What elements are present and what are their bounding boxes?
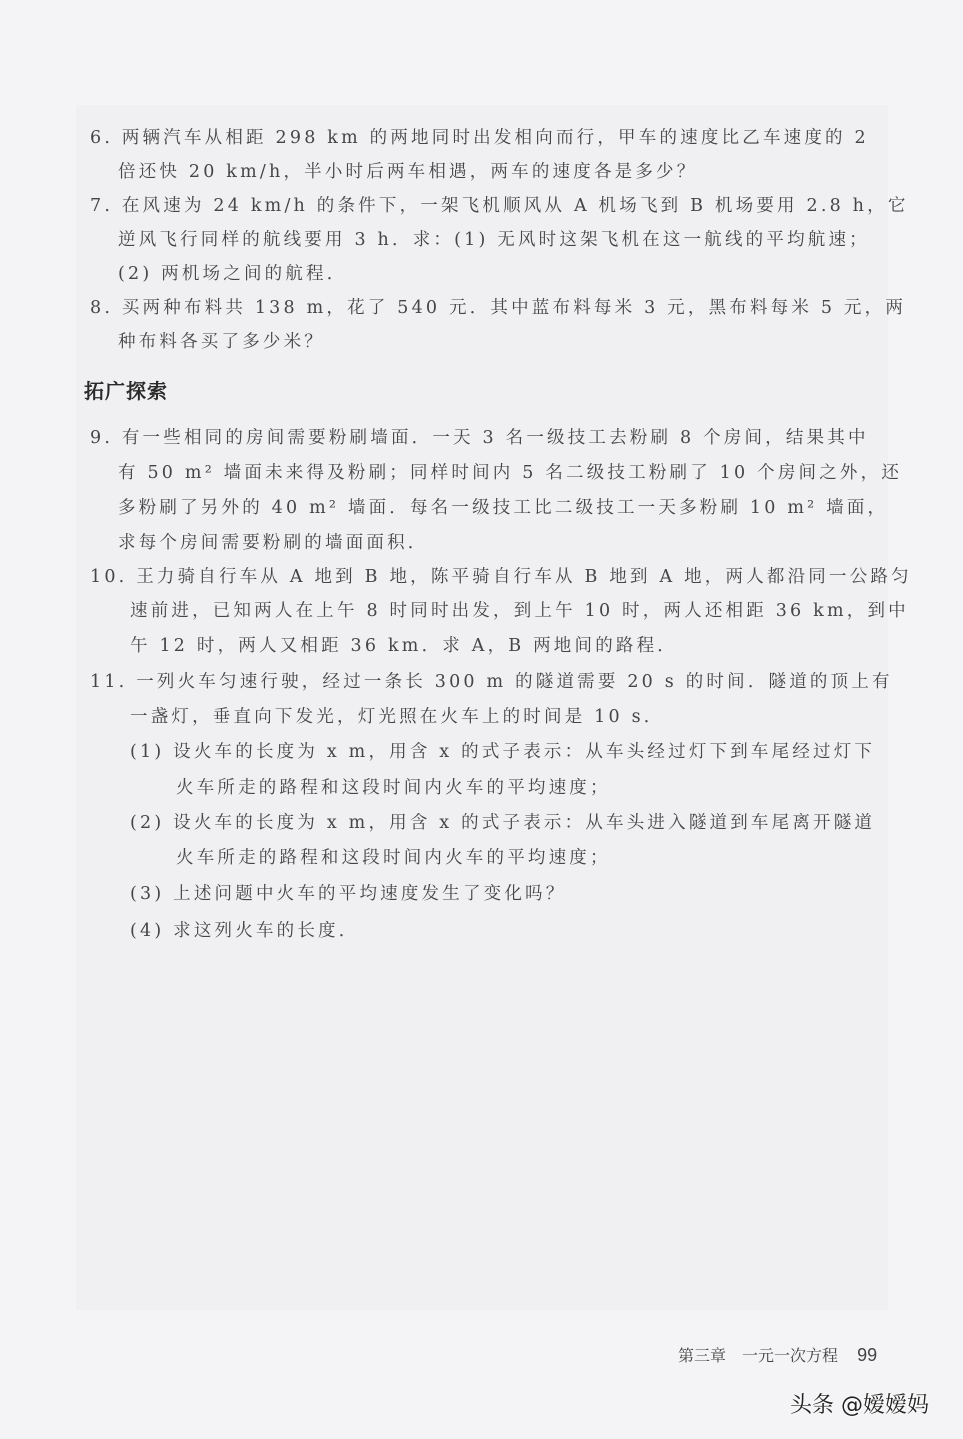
problem-7-line-3: (2) 两机场之间的航程． — [118, 260, 347, 285]
page-number: 99 — [857, 1345, 877, 1365]
page-footer: 第三章 一元一次方程 99 — [678, 1343, 877, 1366]
problem-6-line-1: 6. 两辆汽车从相距 298 km 的两地同时出发相向而行，甲车的速度比乙车速度… — [90, 124, 869, 149]
section-heading: 拓广探索 — [84, 375, 168, 404]
problem-10-line-1: 10. 王力骑自行车从 A 地到 B 地，陈平骑自行车从 B 地到 A 地，两人… — [90, 563, 912, 588]
chapter-title: 第三章 一元一次方程 — [678, 1346, 838, 1365]
problem-11-line-1: 11. 一列火车匀速行驶，经过一条长 300 m 的隧道需要 20 s 的时间．… — [90, 668, 893, 693]
problem-11-part-3: (3) 上述问题中火车的平均速度发生了变化吗？ — [130, 880, 566, 905]
problem-7-line-1: 7. 在风速为 24 km/h 的条件下，一架飞机顺风从 A 机场飞到 B 机场… — [90, 192, 909, 217]
problem-7-line-2: 逆风飞行同样的航线要用 3 h．求：(1) 无风时这架飞机在这一航线的平均航速； — [118, 226, 870, 251]
problem-8-line-2: 种布料各买了多少米？ — [118, 328, 325, 353]
problem-6-line-2: 倍还快 20 km/h，半小时后两车相遇，两车的速度各是多少？ — [118, 158, 697, 183]
problem-11-part-1-line-1: (1) 设火车的长度为 x m，用含 x 的式子表示：从车头经过灯下到车尾经过灯… — [130, 738, 875, 763]
problem-11-part-2-line-1: (2) 设火车的长度为 x m，用含 x 的式子表示：从车头进入隧道到车尾离开隧… — [130, 809, 875, 834]
problem-11-part-4: (4) 求这列火车的长度． — [130, 917, 359, 942]
problem-10-line-3: 午 12 时，两人又相距 36 km．求 A，B 两地间的路程． — [130, 632, 678, 657]
problem-11-part-2-line-2: 火车所走的路程和这段时间内火车的平均速度； — [176, 844, 611, 869]
problem-9-line-4: 求每个房间需要粉刷的墙面面积． — [118, 529, 429, 554]
problem-10-line-2: 速前进，已知两人在上午 8 时同时出发，到上午 10 时，两人还相距 36 km… — [130, 597, 909, 622]
problem-11-line-2: 一盏灯，垂直向下发光，灯光照在火车上的时间是 10 s． — [130, 703, 664, 728]
problem-9-line-2: 有 50 m² 墙面未来得及粉刷；同样时间内 5 名二级技工粉刷了 10 个房间… — [118, 459, 902, 484]
watermark: 头条 @嫒嫒妈 — [790, 1388, 929, 1419]
problem-9-line-1: 9. 有一些相同的房间需要粉刷墙面．一天 3 名一级技工去粉刷 8 个房间，结果… — [90, 424, 869, 449]
problem-9-line-3: 多粉刷了另外的 40 m² 墙面．每名一级技工比二级技工一天多粉刷 10 m² … — [118, 494, 888, 519]
problem-11-part-1-line-2: 火车所走的路程和这段时间内火车的平均速度； — [176, 774, 611, 799]
problem-8-line-1: 8. 买两种布料共 138 m，花了 540 元．其中蓝布料每米 3 元，黑布料… — [90, 294, 906, 319]
